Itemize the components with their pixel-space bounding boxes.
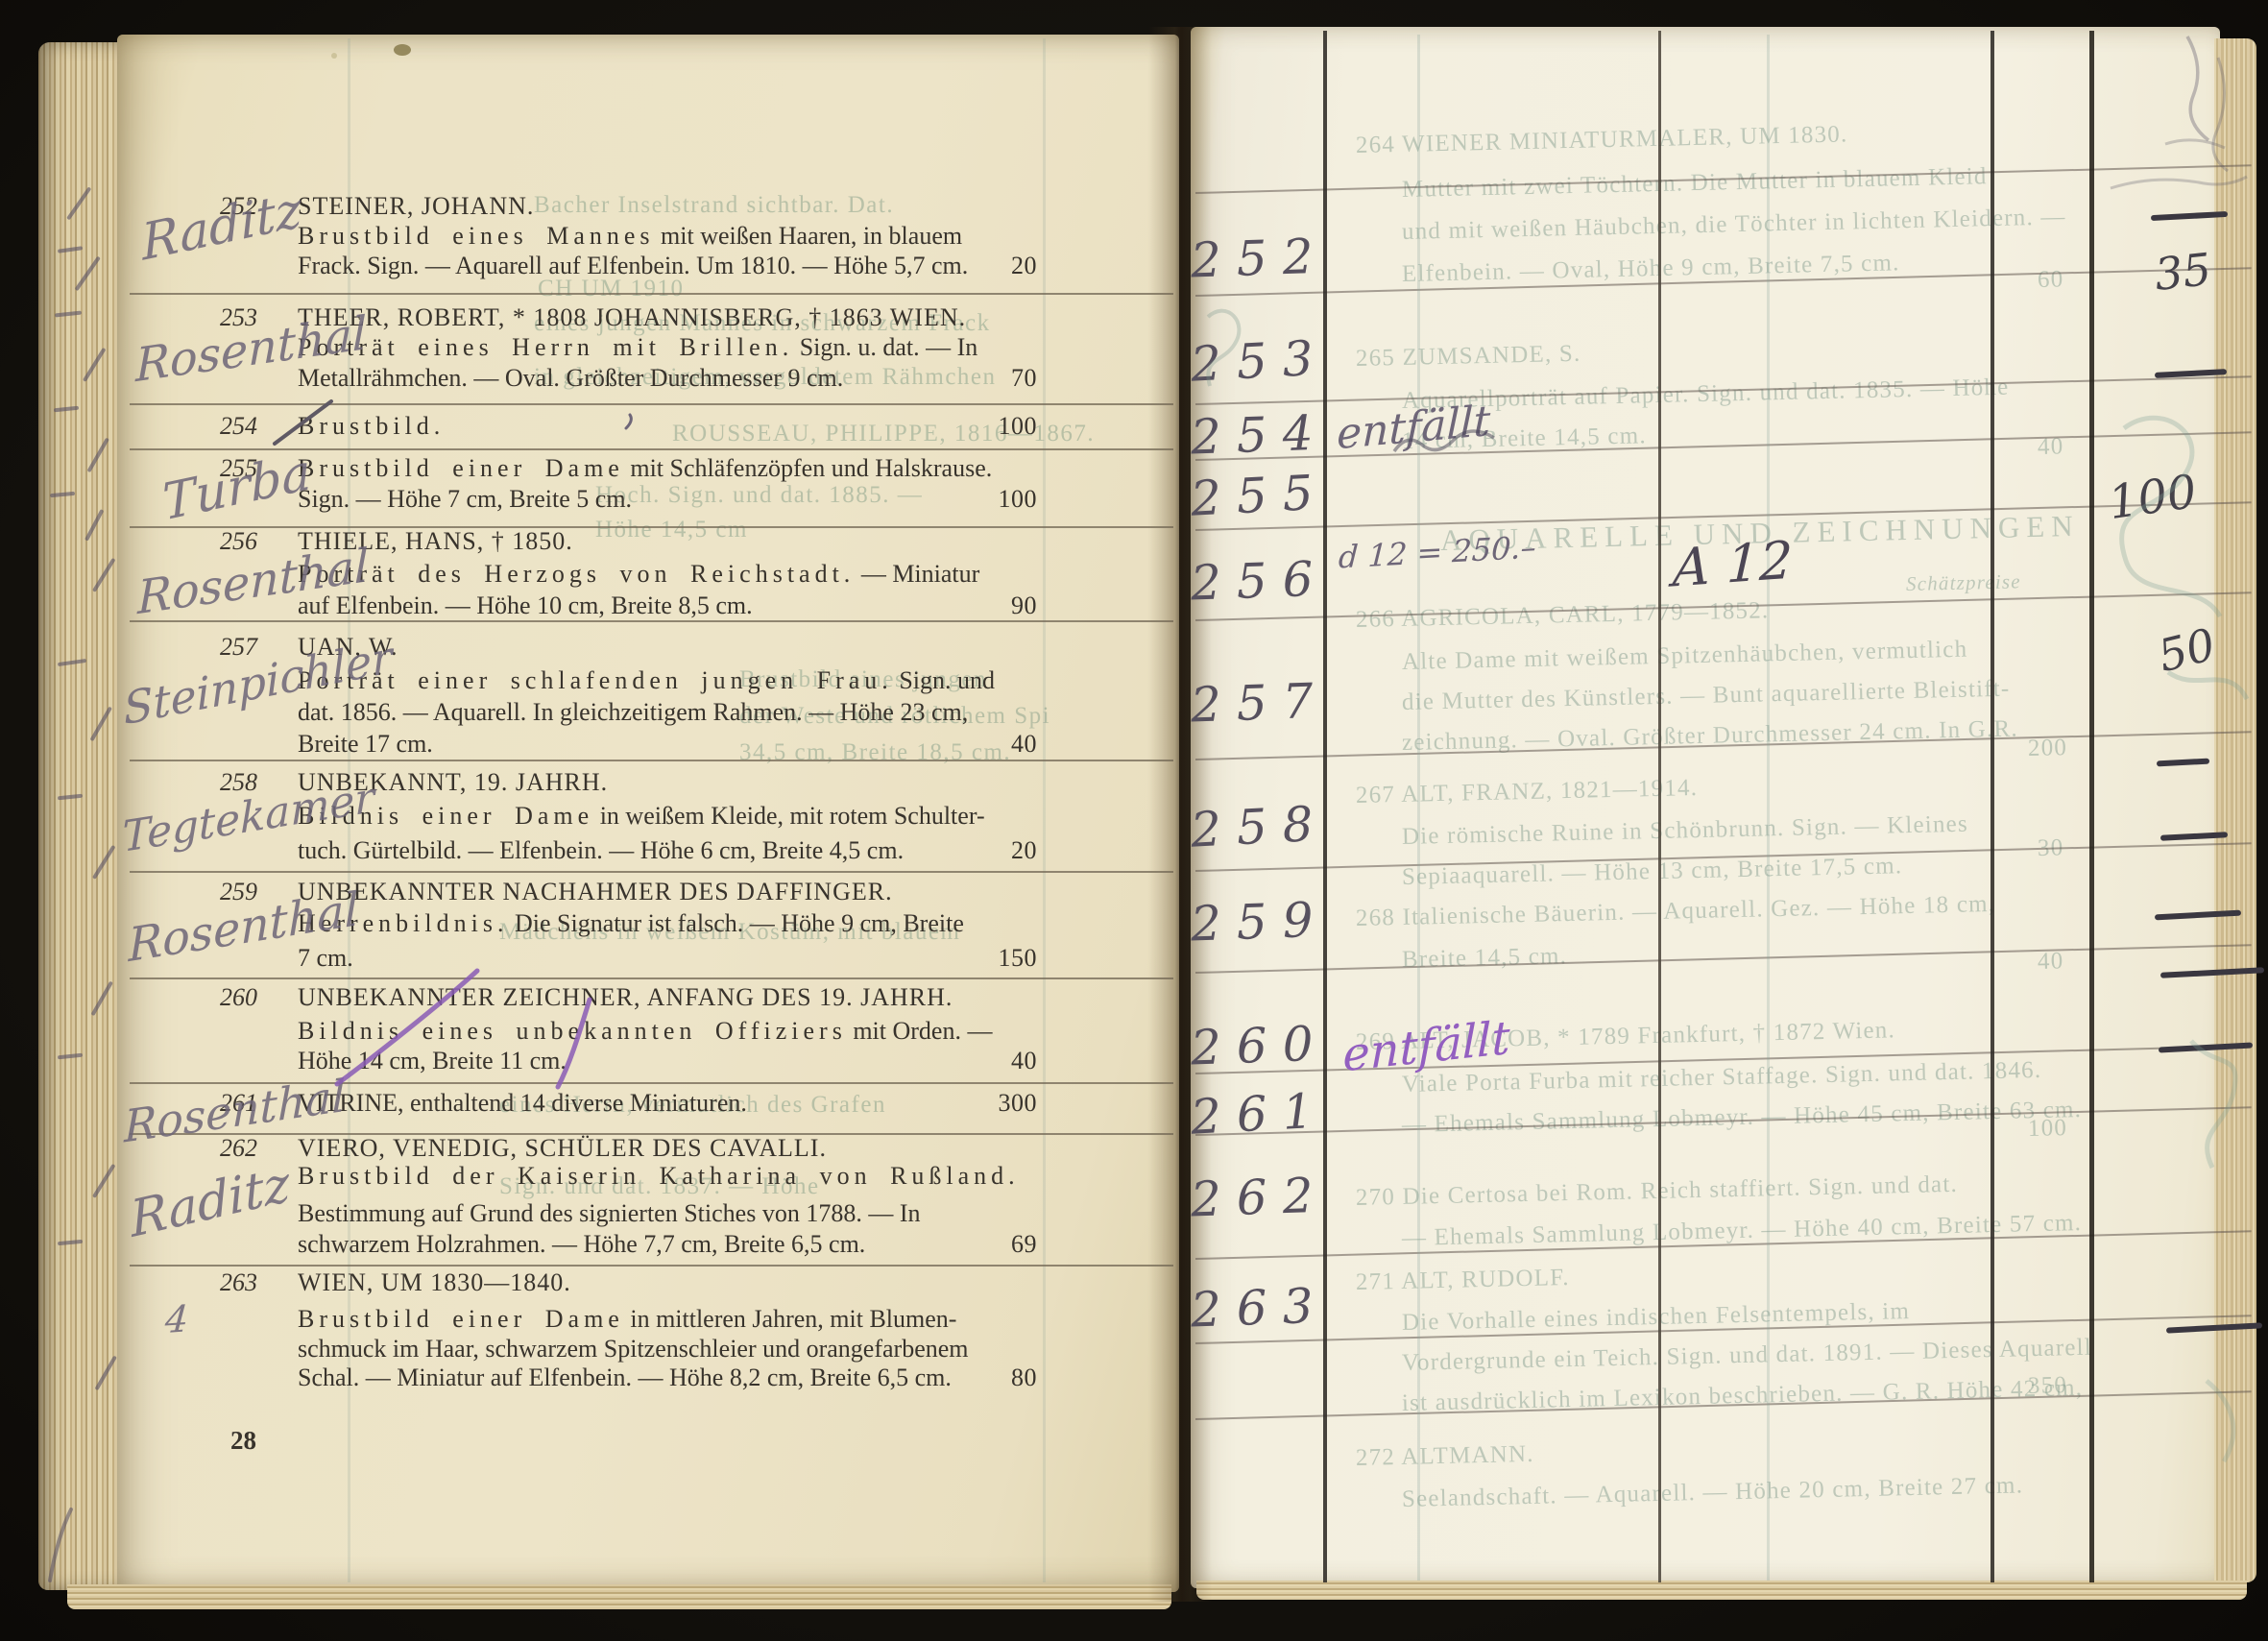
ink-strokes-overlay xyxy=(0,0,2268,1641)
paper-fleck xyxy=(331,53,337,59)
pencil-strike-254 xyxy=(275,401,331,444)
pencil-tick-254 xyxy=(626,415,631,428)
ghost-swirl-gutter xyxy=(1208,311,1239,386)
ghost-handwriting-partial xyxy=(1394,431,1494,451)
ghost-scribble-row252 xyxy=(2111,177,2247,188)
ghost-swirl-4 xyxy=(2207,1381,2233,1461)
book-spread-scan: Bacher Inselstrand sichtbar. Dat.CH UM 1… xyxy=(0,0,2268,1641)
margin-stroke-bottom-left xyxy=(50,1509,71,1581)
paper-stain xyxy=(394,44,411,56)
ghost-swirl-3 xyxy=(2191,1041,2235,1168)
ghost-swirl-1 xyxy=(2122,418,2220,616)
ghost-swirl-2 xyxy=(2168,672,2247,699)
ghost-scribble-corner-2 xyxy=(2213,58,2228,171)
ghost-scribble-corner-3 xyxy=(2165,140,2225,148)
purple-strike-260-a xyxy=(337,971,477,1084)
ghost-scribble-corner-1 xyxy=(2187,36,2208,140)
purple-strike-260-b xyxy=(558,1000,590,1087)
